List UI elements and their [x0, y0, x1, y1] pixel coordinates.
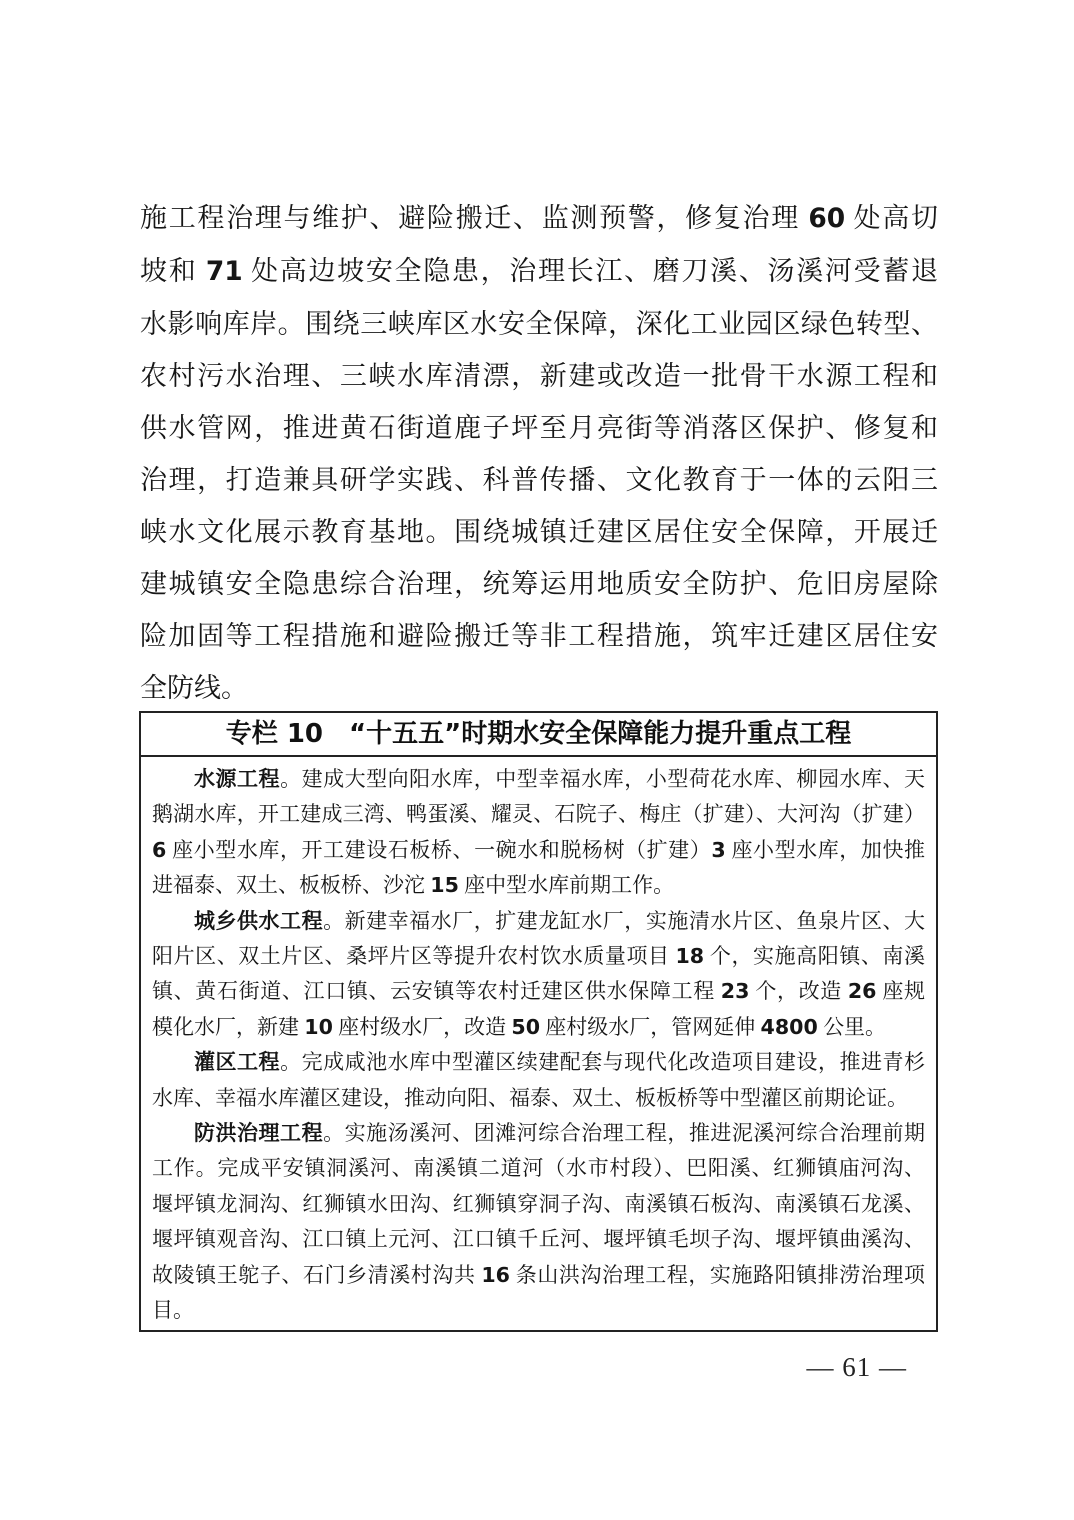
text-run: 处高边坡安全隐患，治理长江、磨刀溪、汤溪河受蓄退	[243, 256, 938, 286]
text-run: 个，实施高阳镇、南溪	[704, 944, 925, 968]
text-line: 施工程治理与维护、避险搬迁、监测预警，修复治理 60 处高切	[140, 192, 938, 245]
text-line: 鹅湖水库，开工建成三湾、鸭蛋溪、耀灵、石院子、梅庄（扩建）、大河沟（扩建）	[152, 797, 925, 832]
text-line: 灌区工程。完成咸池水库中型灌区续建配套与现代化改造项目建设，推进青杉	[152, 1045, 925, 1080]
text-run: 座村级水厂，管网延伸	[540, 1015, 761, 1039]
text-line: 模化水厂，新建 10 座村级水厂，改造 50 座村级水厂，管网延伸 4800 公…	[152, 1010, 925, 1045]
text-run: 。新建幸福水厂，扩建龙缸水厂，实施清水片区、鱼泉片区、大	[323, 909, 925, 933]
text-run: 条山洪沟治理工程，实施路阳镇排涝治理项	[510, 1263, 925, 1287]
text-run: 治理，打造兼具研学实践、科普传播、文化教育于一体的云阳三	[140, 465, 938, 495]
text-run: 水库、幸福水库灌区建设，推动向阳、福泰、双土、板板桥等中型灌区前期论证。	[152, 1086, 908, 1110]
numeral: 16	[481, 1263, 510, 1287]
text-line: 防洪治理工程。实施汤溪河、团滩河综合治理工程，推进泥溪河综合治理前期	[152, 1116, 925, 1151]
text-line: 6 座小型水库，开工建设石板桥、一碗水和脱杨树（扩建）3 座小型水库，加快推	[152, 833, 925, 868]
text-line: 农村污水治理、三峡水库清漂，新建或改造一批骨干水源工程和	[140, 350, 938, 402]
numeral: 50	[511, 1015, 540, 1039]
text-run: 农村污水治理、三峡水库清漂，新建或改造一批骨干水源工程和	[140, 361, 938, 391]
bold-label: 灌区工程	[194, 1050, 280, 1074]
bold-label: 防洪治理工程	[194, 1121, 323, 1145]
text-run: 水影响库岸。围绕三峡库区水安全保障，深化工业园区绿色转型、	[140, 309, 938, 339]
numeral: 4800	[761, 1015, 818, 1039]
text-run: 座中型水库前期工作。	[459, 873, 674, 897]
text-run: 阳片区、双土片区、桑坪片区等提升农村饮水质量项目	[152, 944, 675, 968]
bold-label: 水源工程	[194, 767, 280, 791]
page-number: — 61 —	[807, 1352, 908, 1383]
numeral: 23	[721, 979, 750, 1003]
text-line: 镇、黄石街道、江口镇、云安镇等农村迁建区供水保障工程 23 个，改造 26 座规	[152, 974, 925, 1009]
text-run: 故陵镇王鸵子、石门乡清溪村沟共	[152, 1263, 481, 1287]
text-run: 堰坪镇观音沟、江口镇上元河、江口镇千丘河、堰坪镇毛坝子沟、堰坪镇曲溪沟、	[152, 1227, 925, 1251]
text-line: 水影响库岸。围绕三峡库区水安全保障，深化工业园区绿色转型、	[140, 298, 938, 350]
text-run: 个，改造	[749, 979, 847, 1003]
document-page: 施工程治理与维护、避险搬迁、监测预警，修复治理 60 处高切坡和 71 处高边坡…	[0, 0, 1074, 1520]
numeral: 10	[304, 1015, 333, 1039]
text-line: 进福泰、双土、板板桥、沙沱 15 座中型水库前期工作。	[152, 868, 925, 903]
text-line: 峡水文化展示教育基地。围绕城镇迁建区居住安全保障，开展迁	[140, 506, 938, 558]
text-line: 坡和 71 处高边坡安全隐患，治理长江、磨刀溪、汤溪河受蓄退	[140, 245, 938, 298]
text-line: 供水管网，推进黄石街道鹿子坪至月亮街等消落区保护、修复和	[140, 402, 938, 454]
text-run: 目。	[152, 1298, 194, 1322]
numeral: 26	[848, 979, 877, 1003]
text-line: 水库、幸福水库灌区建设，推动向阳、福泰、双土、板板桥等中型灌区前期论证。	[152, 1081, 925, 1116]
text-run: 座小型水库，加快推	[726, 838, 925, 862]
numeral: 18	[675, 944, 704, 968]
text-run: 供水管网，推进黄石街道鹿子坪至月亮街等消落区保护、修复和	[140, 413, 938, 443]
body-paragraph: 施工程治理与维护、避险搬迁、监测预警，修复治理 60 处高切坡和 71 处高边坡…	[140, 192, 938, 714]
text-run: 座规	[876, 979, 925, 1003]
text-run: 处高切	[845, 203, 938, 233]
column-box-body: 水源工程。建成大型向阳水库，中型幸福水库，小型荷花水库、柳园水库、天鹅湖水库，开…	[141, 757, 936, 1329]
text-line: 堰坪镇龙洞沟、红狮镇水田沟、红狮镇穿洞子沟、南溪镇石板沟、南溪镇石龙溪、	[152, 1187, 925, 1222]
text-line: 工作。完成平安镇洞溪河、南溪镇二道河（水市村段）、巴阳溪、红狮镇庙河沟、	[152, 1151, 925, 1186]
text-run: 工作。完成平安镇洞溪河、南溪镇二道河（水市村段）、巴阳溪、红狮镇庙河沟、	[152, 1156, 925, 1180]
text-run: 。实施汤溪河、团滩河综合治理工程，推进泥溪河综合治理前期	[323, 1121, 925, 1145]
column-box: 专栏 10 “十五五”时期水安全保障能力提升重点工程 水源工程。建成大型向阳水库…	[139, 711, 938, 1332]
text-run: 施工程治理与维护、避险搬迁、监测预警，修复治理	[140, 203, 808, 233]
text-line: 城乡供水工程。新建幸福水厂，扩建龙缸水厂，实施清水片区、鱼泉片区、大	[152, 904, 925, 939]
text-run: 。建成大型向阳水库，中型幸福水库，小型荷花水库、柳园水库、天	[280, 767, 925, 791]
text-run: 。完成咸池水库中型灌区续建配套与现代化改造项目建设，推进青杉	[280, 1050, 925, 1074]
text-run: 公里。	[818, 1015, 886, 1039]
text-run: 鹅湖水库，开工建成三湾、鸭蛋溪、耀灵、石院子、梅庄（扩建）、大河沟（扩建）	[152, 802, 925, 826]
text-line: 全防线。	[140, 662, 938, 714]
text-line: 险加固等工程措施和避险搬迁等非工程措施，筑牢迁建区居住安	[140, 610, 938, 662]
text-run: 进福泰、双土、板板桥、沙沱	[152, 873, 430, 897]
bold-label: 城乡供水工程	[194, 909, 323, 933]
text-run: 座村级水厂，改造	[333, 1015, 512, 1039]
text-run: 峡水文化展示教育基地。围绕城镇迁建区居住安全保障，开展迁	[140, 517, 938, 547]
numeral: 15	[430, 873, 459, 897]
text-run: 险加固等工程措施和避险搬迁等非工程措施，筑牢迁建区居住安	[140, 621, 938, 651]
text-line: 建城镇安全隐患综合治理，统筹运用地质安全防护、危旧房屋除	[140, 558, 938, 610]
text-run: 座小型水库，开工建设石板桥、一碗水和脱杨树（扩建）	[166, 838, 711, 862]
text-line: 阳片区、双土片区、桑坪片区等提升农村饮水质量项目 18 个，实施高阳镇、南溪	[152, 939, 925, 974]
text-line: 治理，打造兼具研学实践、科普传播、文化教育于一体的云阳三	[140, 454, 938, 506]
numeral: 3	[711, 838, 725, 862]
text-line: 水源工程。建成大型向阳水库，中型幸福水库，小型荷花水库、柳园水库、天	[152, 762, 925, 797]
numeral: 71	[206, 256, 243, 287]
text-run: 全防线。	[140, 673, 248, 703]
text-line: 目。	[152, 1293, 925, 1328]
text-line: 堰坪镇观音沟、江口镇上元河、江口镇千丘河、堰坪镇毛坝子沟、堰坪镇曲溪沟、	[152, 1222, 925, 1257]
text-line: 故陵镇王鸵子、石门乡清溪村沟共 16 条山洪沟治理工程，实施路阳镇排涝治理项	[152, 1258, 925, 1293]
column-box-title: 专栏 10 “十五五”时期水安全保障能力提升重点工程	[141, 713, 936, 757]
text-run: 堰坪镇龙洞沟、红狮镇水田沟、红狮镇穿洞子沟、南溪镇石板沟、南溪镇石龙溪、	[152, 1192, 925, 1216]
text-run: 坡和	[140, 256, 206, 286]
text-run: 镇、黄石街道、江口镇、云安镇等农村迁建区供水保障工程	[152, 979, 721, 1003]
text-run: 建城镇安全隐患综合治理，统筹运用地质安全防护、危旧房屋除	[140, 569, 938, 599]
numeral: 6	[152, 838, 166, 862]
text-run: 模化水厂，新建	[152, 1015, 304, 1039]
numeral: 60	[808, 203, 845, 234]
